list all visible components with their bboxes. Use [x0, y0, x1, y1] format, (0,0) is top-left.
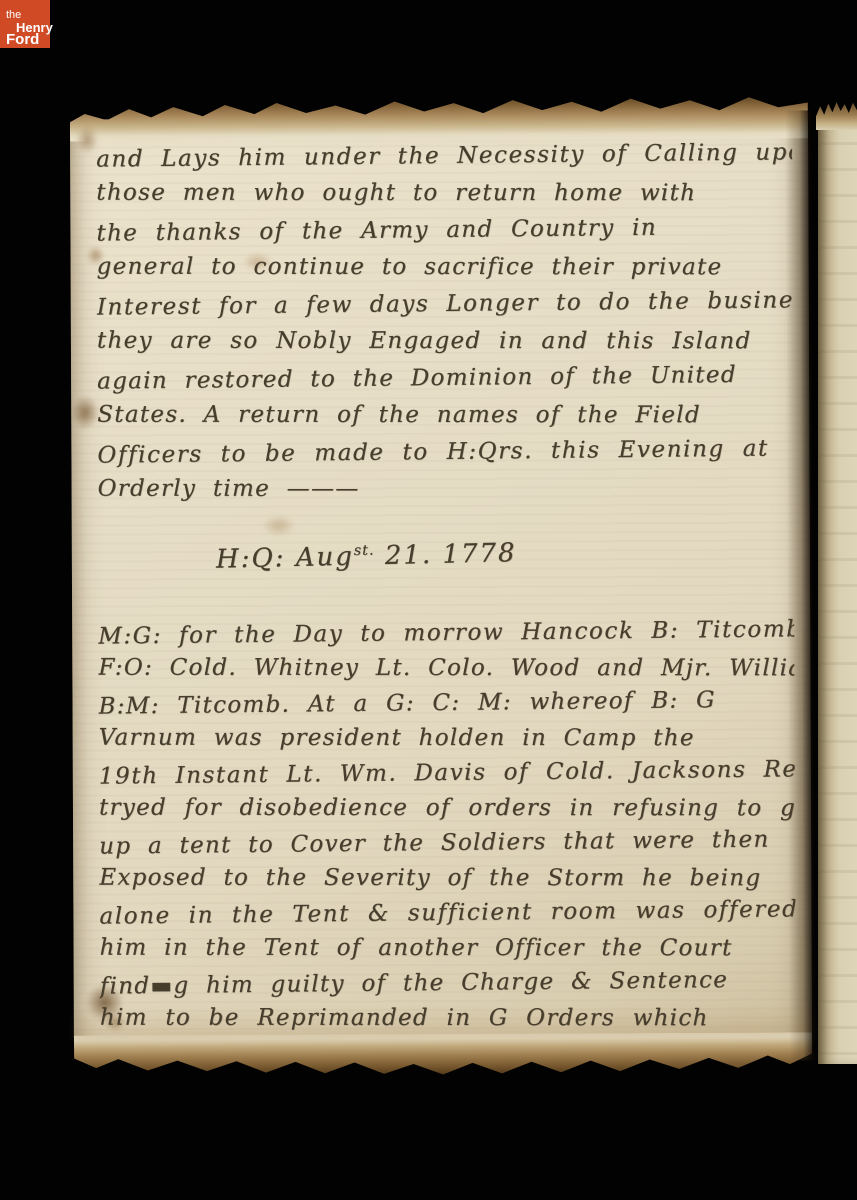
manuscript-line: general to continue to sacrifice their p… [97, 249, 793, 287]
torn-edge-top-icon [70, 92, 808, 141]
date-heading-date: 21. 1778 [374, 538, 517, 571]
manuscript-line: and Lays him under the Necessity of Call… [96, 136, 792, 178]
manuscript-line: 19th Instant Lt. Wm. Davis of Cold. Jack… [99, 752, 795, 794]
adjacent-page-edge [818, 96, 857, 1072]
manuscript-line: Varnum was president holden in Camp the [99, 720, 795, 756]
paragraph-2: M:G: for the Day to morrow Hancock B: Ti… [98, 614, 796, 1037]
henry-ford-logo: the Henry Ford [0, 0, 50, 48]
logo-word-ford: Ford [6, 32, 39, 47]
manuscript-line: tryed for disobedience of orders in refu… [99, 790, 795, 826]
date-heading-superscript: st. [354, 543, 375, 559]
manuscript-line: States. A return of the names of the Fie… [97, 397, 793, 435]
photo-stage: the Henry Ford and Lays him under the Ne… [0, 0, 857, 1200]
manuscript-line: F:O: Cold. Whitney Lt. Colo. Wood and Mj… [98, 650, 794, 686]
manuscript-line: Exposed to the Severity of the Storm he … [99, 860, 795, 896]
manuscript-line: again restored to the Dominion of the Un… [97, 356, 793, 400]
book-gutter-shadow [785, 110, 815, 1060]
adjacent-torn-edge-icon [816, 96, 857, 130]
manuscript-line: alone in the Tent & sufficient room was … [99, 892, 795, 934]
date-heading-prefix: H:Q: Aug [216, 542, 355, 575]
stain [76, 125, 98, 153]
manuscript-line: him in the Tent of another Officer the C… [100, 930, 796, 966]
manuscript-line: they are so Nobly Engaged in and this Is… [97, 323, 793, 361]
manuscript-line: M:G: for the Day to morrow Hancock B: Ti… [98, 612, 794, 654]
manuscript-line: find▬g him guilty of the Charge & Senten… [100, 962, 796, 1004]
manuscript-line: the thanks of the Army and Country in [96, 208, 792, 252]
manuscript-line: him to be Reprimanded in G Orders which [100, 1000, 796, 1036]
manuscript-text: and Lays him under the Necessity of Call… [96, 136, 796, 1049]
manuscript-line: up a tent to Cover the Soldiers that wer… [99, 822, 795, 864]
manuscript-line: those men who ought to return home with [96, 175, 792, 213]
date-heading: H:Q: Augst. 21. 1778 [215, 519, 794, 581]
manuscript-line: Officers to be made to H:Qrs. this Eveni… [97, 430, 793, 474]
manuscript-page: and Lays him under the Necessity of Call… [70, 92, 812, 1079]
paragraph-1: and Lays him under the Necessity of Call… [96, 136, 794, 509]
adjacent-paper-surface [818, 116, 857, 1064]
manuscript-line: Interest for a few days Longer to do the… [97, 282, 793, 326]
manuscript-line: Orderly time ——— [98, 471, 794, 509]
manuscript-line: B:M: Titcomb. At a G: C: M: whereof B: G [98, 682, 794, 724]
stain [71, 395, 99, 429]
